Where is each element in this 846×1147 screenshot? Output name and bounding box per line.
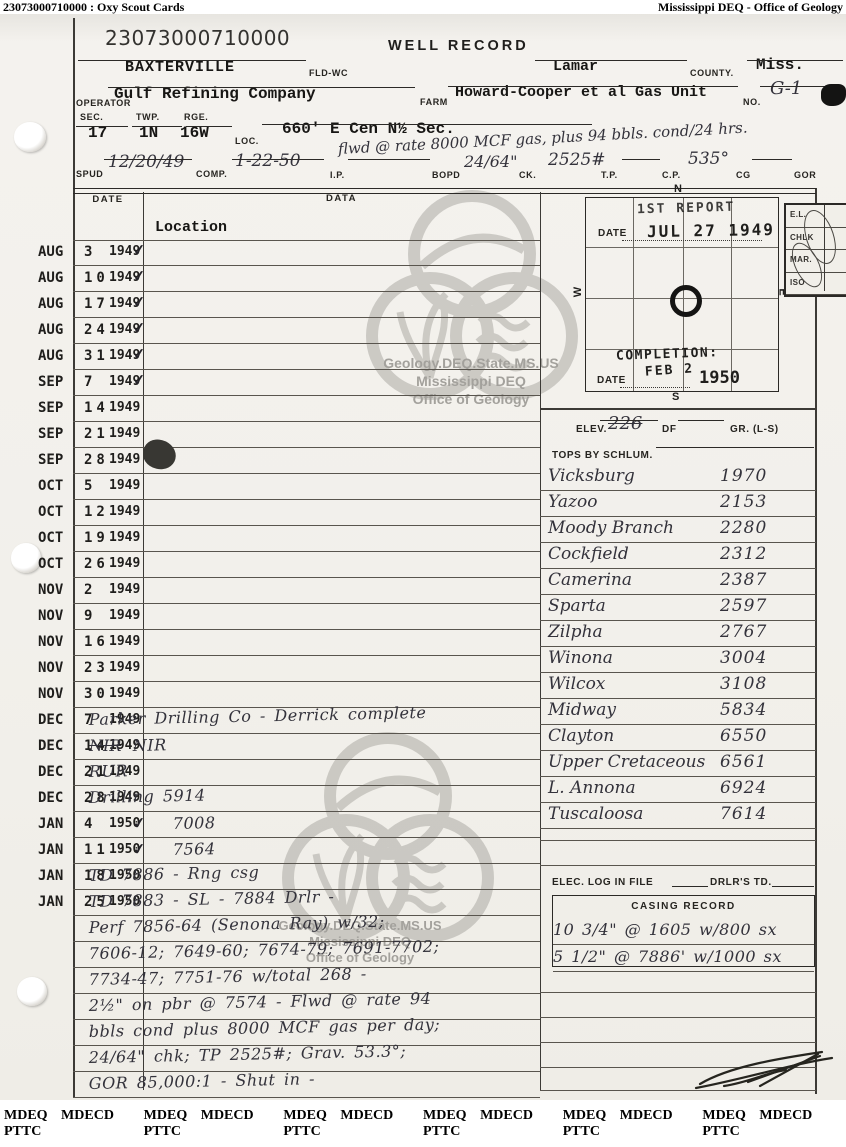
row-content: TD 7886 - Rng csg [89,866,259,885]
row-month-stamp: NOV [38,582,63,598]
rule-line [76,126,128,127]
gr-label: GR. (L-S) [730,424,779,435]
rule-line [540,840,816,841]
ck-label: CK. [519,170,536,180]
formation-depth: 3108 [720,674,767,694]
hole-punch [11,543,41,573]
footer-group: MDEQ MDECD PTTC [4,1108,144,1140]
row-year-stamp: 1949 [109,686,140,701]
print-header: 23073000710000 : Oxy Scout Cards Mississ… [0,0,846,14]
row-year-stamp: 1949 [109,530,140,545]
rule-line [656,447,814,448]
row-day-stamp: 23 [84,660,109,676]
table-row: DEC 14 1949 NIR NIR [73,734,540,760]
row-content: GOR 85,000:1 - Shut in - [89,1074,315,1093]
row-day-stamp: 30 [84,686,109,702]
table-row: AUG 3 1949 ✓ [73,240,540,266]
formation-name: Camerina [548,570,632,590]
loc-label: LOC. [235,136,259,146]
row-month-stamp: AUG [38,270,63,286]
row-year-stamp: 1949 [109,504,140,519]
tops-row: Sparta 2597 [540,595,816,621]
table-row: NOV 23 1949 [73,656,540,682]
row-month-stamp: NOV [38,634,63,650]
table-row: Perf 7856-64 (Senona Ray) w/32; [73,916,540,942]
formation-name: L. Annona [548,778,636,798]
hole-punch [17,977,47,1006]
row-month-stamp: NOV [38,660,63,676]
table-row: 2½" on pbr @ 7574 - Flwd @ rate 94 [73,994,540,1020]
table-row: JAN 4 1950 ✓ 7008 [73,812,540,838]
row-day-stamp: 12 [84,504,109,520]
formation-name: Yazoo [548,492,597,512]
table-row: NOV 16 1949 [73,630,540,656]
footer-group: MDEQ MDECD PTTC [144,1108,284,1140]
row-month-stamp: JAN [38,816,63,832]
table-row: GOR 85,000:1 - Shut in - [73,1072,540,1098]
row-content: TD 7883 - SL - 7884 Drlr - [89,892,335,911]
api-well-number: 23073000710000 [105,26,290,50]
bopd-label: BOPD [432,170,460,180]
formation-name: Moody Branch [548,518,674,538]
elev-value: 226 [608,413,642,434]
formation-name: Vicksburg [548,466,635,486]
casing-handwriting: 10 3/4" @ 1605 w/800 sx [553,920,777,939]
row-handwriting: 7564 [173,839,216,859]
row-month-stamp: DEC [38,790,63,806]
row-handwriting: GOR 85,000:1 - Shut in - [89,1069,316,1093]
table-row: OCT 5 1949 [73,474,540,500]
elev-label: ELEV. [576,424,607,435]
row-month-stamp: JAN [38,868,63,884]
formation-name: Cockfield [548,544,629,564]
rule-line [262,124,592,125]
table-row: NOV 2 1949 [73,578,540,604]
table-row: DEC 7 1949 Parker Drilling Co - Derrick … [73,708,540,734]
dotted-rule [620,387,690,388]
checkmark: ✓ [88,368,173,395]
rule-line [448,86,738,87]
formation-depth: 2597 [720,596,767,616]
checkmark: ✓ [88,316,173,343]
well-no-value: G-1 [770,78,802,99]
rule-line [540,1017,816,1018]
row-year-stamp: 1949 [109,608,140,623]
row-content: ✓ [89,294,173,312]
row-month-stamp: JAN [38,842,63,858]
row-handwriting: NIR [133,735,167,755]
comp-label: COMP. [196,169,227,179]
ip-label: I.P. [330,170,345,180]
row-month-stamp: SEP [38,452,63,468]
well-no-label: NO. [743,97,761,107]
row-handwriting: TD 7883 - SL - 7884 Drlr - [89,887,335,911]
rule-line [540,865,816,866]
tops-row: Winona 3004 [540,647,816,673]
spud-label: SPUD [76,169,103,179]
formation-name: Upper Cretaceous [548,752,705,772]
table-row: bbls cond plus 8000 MCF gas per day; [73,1020,540,1046]
gor-label: GOR [794,170,816,180]
formation-name: Clayton [548,726,614,746]
plat-grid-line [586,247,778,248]
row-month-stamp: NOV [38,686,63,702]
row-handwriting: RUR [89,761,128,781]
row-handwriting: Drilling 5914 [89,786,206,807]
row-handwriting: Perf 7856-64 (Senona Ray) w/32; [89,912,385,937]
row-year-stamp: 1949 [109,660,140,675]
table-row: OCT 12 1949 [73,500,540,526]
table-row: SEP 7 1949 ✓ [73,370,540,396]
rule-line [78,60,306,61]
checkmark: ✓ [88,264,173,291]
table-row: NOV 9 1949 [73,604,540,630]
row-content: ✓ [89,268,173,286]
struck-out-text: NIR [89,736,121,755]
row-content: RUR [89,762,128,781]
table-row: DEC 28 1949 Drilling 5914 [73,786,540,812]
row-handwriting: 7008 [173,813,216,833]
elec-log-label: ELEC. LOG IN FILE [552,877,653,888]
checkmark: ✓ [88,290,173,317]
table-row: SEP 14 1949 [73,396,540,422]
tops-row: Vicksburg 1970 [540,465,816,491]
row-month-stamp: AUG [38,348,63,364]
comp-value: 1-22-50 [235,151,301,171]
row-month-stamp: OCT [38,504,63,520]
row-day-stamp: 9 [84,608,96,624]
row-content: Drilling 5914 [89,788,206,807]
row-year-stamp: 1949 [109,556,140,571]
row-content: 2½" on pbr @ 7574 - Flwd @ rate 94 [89,996,432,1015]
casing-line: 5 1/2" @ 7886' w/1000 sx [553,945,814,972]
row-month-stamp: JAN [38,894,63,910]
row-month-stamp: NOV [38,608,63,624]
first-report-date-label: DATE [598,228,627,239]
row-content: ✓ 7008 [89,814,216,833]
date-column-header: DATE [73,194,143,205]
formation-name: Sparta [548,596,606,616]
checkmark: ✓ [88,238,173,265]
formation-name: Wilcox [548,674,605,694]
row-month-stamp: DEC [38,764,63,780]
rule-line [232,159,324,160]
first-report-date-stamp: JUL 27 1949 [647,220,775,241]
rule-line [678,420,724,421]
print-header-right: Mississippi DEQ - Office of Geology [658,0,843,15]
row-day-stamp: 19 [84,530,109,546]
rule-line [132,126,182,127]
formation-depth: 2387 [720,570,767,590]
bopd-value: 24/64" [464,152,517,171]
table-row: OCT 26 1949 [73,552,540,578]
tops-row: Upper Cretaceous 6561 [540,751,816,777]
print-header-left: 23073000710000 : Oxy Scout Cards [3,0,184,15]
tops-row: Zilpha 2767 [540,621,816,647]
table-row: OCT 19 1949 [73,526,540,552]
date-data-rows: AUG 3 1949 ✓ AUG 10 1949 ✓ AUG 17 1949 ✓ [73,240,540,1124]
table-row: 7734-47; 7751-76 w/total 268 - [73,968,540,994]
row-content: ✓ [89,372,173,390]
table-row: AUG 17 1949 ✓ [73,292,540,318]
checkmark: ✓ [88,342,173,369]
tops-row: Clayton 6550 [540,725,816,751]
table-row: SEP 21 1949 [73,422,540,448]
rule-line [600,420,658,421]
well-location-symbol [670,285,702,317]
row-content: NIR NIR [89,736,167,755]
farm-label: FARM [420,97,448,107]
tops-row: Tuscaloosa 7614 [540,803,816,829]
row-month-stamp: SEP [38,400,63,416]
rge-label: RGE. [184,112,208,122]
footer-group: MDEQ MDECD PTTC [283,1108,423,1140]
row-month-stamp: DEC [38,712,63,728]
row-year-stamp: 1949 [109,452,140,467]
row-content: 7606-12; 7649-60; 7674-79; 7691-7702; [89,944,440,963]
location-label: Location [155,219,227,236]
row-handwriting: TD 7886 - Rng csg [89,862,260,885]
casing-line: 10 3/4" @ 1605 w/800 sx [553,918,814,945]
drlrs-td-label: DRLR'S TD. [710,877,772,888]
log-check-panel: E.L. CHLK MAR. ISO [784,203,846,297]
footer-group: MDEQ MDECD PTTC [702,1108,842,1140]
tops-row: L. Annona 6924 [540,777,816,803]
rule-line [108,87,415,88]
field-name-value: BAXTERVILLE [125,59,235,76]
compass-north-label: N [674,183,682,195]
casing-lines: 10 3/4" @ 1605 w/800 sx 5 1/2" @ 7886' w… [553,918,814,972]
row-day-stamp: 16 [84,634,109,650]
scout-card-page: 23073000710000 : Oxy Scout Cards Mississ… [0,0,846,1147]
row-year-stamp: 1949 [109,400,140,415]
formation-name: Winona [548,648,613,668]
table-row: 24/64" chk; TP 2525#; Grav. 53.3°; [73,1046,540,1072]
formation-depth: 3004 [720,648,767,668]
table-row: JAN 11 1950 ✓ 7564 [73,838,540,864]
state-value: Miss. [756,56,804,74]
field-label: FLD-WC [309,68,348,78]
rule-line [186,126,232,127]
table-row: JAN 25 1950 TD 7883 - SL - 7884 Drlr - [73,890,540,916]
row-month-stamp: OCT [38,556,63,572]
row-month-stamp: SEP [38,374,63,390]
rule-line [104,159,192,160]
formation-depth: 2767 [720,622,767,642]
row-handwriting: 24/64" chk; TP 2525#; Grav. 53.3°; [89,1041,407,1067]
tops-row: Camerina 2387 [540,569,816,595]
print-footer: MDEQ MDECD PTTCMDEQ MDECD PTTCMDEQ MDECD… [0,1100,846,1147]
row-month-stamp: OCT [38,530,63,546]
row-year-stamp: 1949 [109,582,140,597]
tops-row: Moody Branch 2280 [540,517,816,543]
row-month-stamp: AUG [38,244,63,260]
table-row: AUG 10 1949 ✓ [73,266,540,292]
footer-group: MDEQ MDECD PTTC [423,1108,563,1140]
row-month-stamp: AUG [38,322,63,338]
row-month-stamp: AUG [38,296,63,312]
county-label: COUNTY. [690,68,734,78]
table-row: JAN 18 1950 TD 7886 - Rng csg [73,864,540,890]
rule-line [540,408,816,410]
df-label: DF [662,424,677,435]
tops-row: Midway 5834 [540,699,816,725]
formation-name: Zilpha [548,622,603,642]
table-row: AUG 24 1949 ✓ [73,318,540,344]
formation-depth: 2153 [720,492,767,512]
row-content: ✓ [89,346,173,364]
row-content: 24/64" chk; TP 2525#; Grav. 53.3°; [89,1048,406,1067]
formation-depth: 7614 [720,804,767,824]
cp-value: 535° [688,149,729,169]
row-content: ✓ [89,320,173,338]
rule-line [535,60,687,61]
row-day-stamp: 2 [84,582,96,598]
formation-depth: 1970 [720,466,767,486]
table-row: AUG 31 1949 ✓ [73,344,540,370]
row-month-stamp: DEC [38,738,63,754]
table-row: NOV 30 1949 [73,682,540,708]
row-year-stamp: 1949 [109,426,140,441]
sec-label: SEC. [80,112,103,122]
casing-record-box: CASING RECORD 10 3/4" @ 1605 w/800 sx 5 … [552,895,815,967]
compass-south-label: S [672,391,679,403]
cp-label: C.P. [662,170,681,180]
ck-value: 2525# [548,150,606,170]
first-report-stamp: 1ST REPORT [637,200,736,218]
row-year-stamp: 1949 [109,634,140,649]
formation-depth: 6561 [720,752,767,772]
completion-year-stamp: 1950 [699,368,740,388]
formation-depth: 6550 [720,726,767,746]
formation-tops-list: Vicksburg 1970 Yazoo 2153 Moody Branch 2… [540,465,816,829]
formation-depth: 5834 [720,700,767,720]
checkmark: ✓ [88,836,173,863]
tops-label: TOPS BY SCHLUM. [552,450,653,461]
rule-line [772,886,814,887]
rule-line [540,992,816,993]
row-day-stamp: 26 [84,556,109,572]
spud-value: 12/20/49 [108,152,184,172]
casing-record-header: CASING RECORD [553,901,814,912]
formation-name: Midway [548,700,616,720]
cg-label: CG [736,170,751,180]
hole-punch [14,122,46,152]
rule-line [752,159,792,160]
row-year-stamp: 1949 [109,478,140,493]
tops-row: Wilcox 3108 [540,673,816,699]
formation-depth: 6924 [720,778,767,798]
row-month-stamp: OCT [38,478,63,494]
rule-line [622,159,660,160]
data-column-header: DATA [143,193,540,204]
rule-line [672,886,708,887]
row-day-stamp: 5 [84,478,96,494]
row-content: ✓ 7564 [89,840,216,859]
table-row: DEC 21 1949 RUR [73,760,540,786]
tops-row: Cockfield 2312 [540,543,816,569]
row-day-stamp: 28 [84,452,109,468]
scan-artifact [821,84,846,106]
row-day-stamp: 14 [84,400,109,416]
row-content: bbls cond plus 8000 MCF gas per day; [89,1022,440,1041]
rule-line [348,159,430,160]
formation-name: Tuscaloosa [548,804,643,824]
table-row: 7606-12; 7649-60; 7674-79; 7691-7702; [73,942,540,968]
completion-date-label: DATE [597,375,626,386]
row-day-stamp: 21 [84,426,109,442]
row-month-stamp: SEP [38,426,63,442]
tops-row: Yazoo 2153 [540,491,816,517]
row-content: Parker Drilling Co - Derrick complete [89,710,427,729]
twp-label: TWP. [136,112,160,122]
row-content: 7734-47; 7751-76 w/total 268 - [89,970,367,989]
checkmark: ✓ [88,810,173,837]
footer-group: MDEQ MDECD PTTC [563,1108,703,1140]
card-title: WELL RECORD [388,38,529,54]
compass-west-label: W [572,287,584,297]
casing-handwriting: 5 1/2" @ 7886' w/1000 sx [553,947,782,966]
row-content: ✓ [89,242,173,260]
formation-depth: 2312 [720,544,767,564]
rule-line [747,60,843,61]
row-handwriting: 7734-47; 7751-76 w/total 268 - [89,964,367,989]
location-row: Location [73,215,540,241]
tp-label: T.P. [601,170,618,180]
row-content: Perf 7856-64 (Senona Ray) w/32; [89,918,385,937]
signature-scribble [690,1042,840,1097]
formation-depth: 2280 [720,518,767,538]
